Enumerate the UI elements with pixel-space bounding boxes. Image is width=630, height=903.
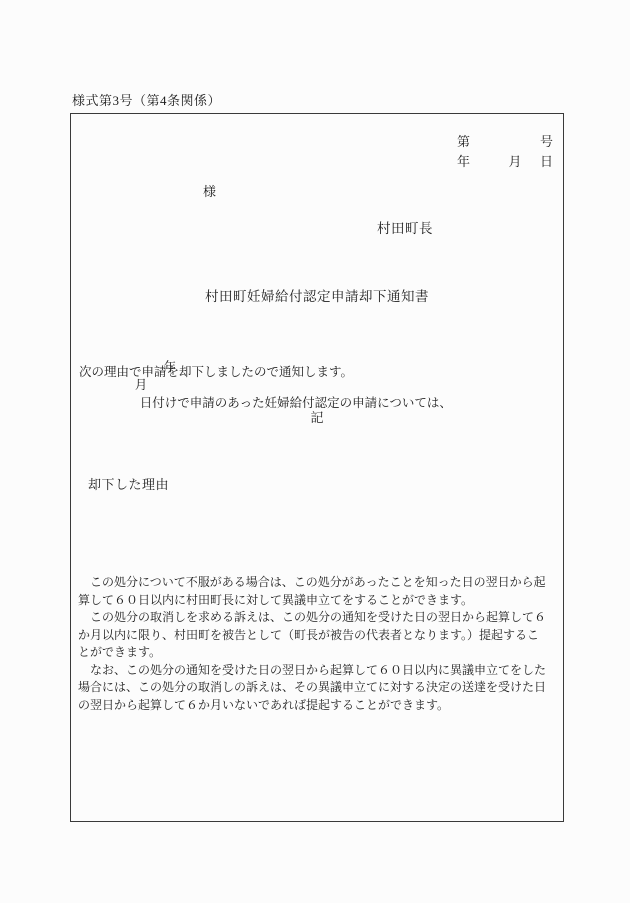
body-second-line: 次の理由で申請を却下しましたので通知します。: [79, 362, 353, 380]
note-line: なお、この処分の通知を受けた日の翌日から起算して６０日以内に異議申立てをした: [78, 662, 560, 680]
doc-number-suffix: 号: [540, 131, 553, 150]
record-marker: 記: [71, 407, 563, 426]
intro-month-label: 月: [135, 378, 148, 392]
note-line: この処分の取消しを求める訴えは、この処分の通知を受けた日の翌日から起算して６: [78, 609, 560, 627]
legal-notes-block: この処分について不服がある場合は、この処分があったことを知った日の翌日から起 算…: [78, 574, 560, 714]
doc-number-prefix: 第: [457, 131, 470, 150]
note-line: の翌日から起算して６か月いないであれば提起することができます。: [78, 697, 560, 715]
addressee-honorific: 様: [203, 184, 216, 199]
note-line: とができます。: [78, 644, 560, 662]
note-line: 算して６０日以内に村田町長に対して異議申立てをすることができます。: [78, 592, 560, 610]
document-number-line: 第 号: [457, 131, 553, 150]
document-title: 村田町妊婦給付認定申請却下通知書: [71, 285, 563, 305]
note-line: か月以内に限り、村田町を被告として（町長が被告の代表者となります。）提起するこ: [78, 627, 560, 645]
note-line: 場合には、この処分の取消しの訴えは、その異議申立てに対する決定の送達を受けた日: [78, 679, 560, 697]
form-number-label: 様式第3号（第4条関係）: [72, 90, 221, 109]
date-day-label: 日: [540, 151, 553, 170]
date-year-label: 年: [457, 151, 470, 170]
note-line: この処分について不服がある場合は、この処分があったことを知った日の翌日から起: [78, 574, 560, 592]
document-page: 様式第3号（第4条関係） 第 号 年 月 日 様 村田町長 村田町妊婦給付認定申…: [0, 0, 630, 903]
sender-title: 村田町長: [377, 217, 433, 237]
document-border-box: 第 号 年 月 日 様 村田町長 村田町妊婦給付認定申請却下通知書 年 月 日付…: [70, 113, 564, 822]
date-month-label: 月: [508, 151, 521, 170]
addressee-line: 様: [203, 181, 216, 200]
rejection-reason-label: 却下した理由: [88, 474, 169, 493]
document-date-line: 年 月 日: [457, 151, 553, 170]
